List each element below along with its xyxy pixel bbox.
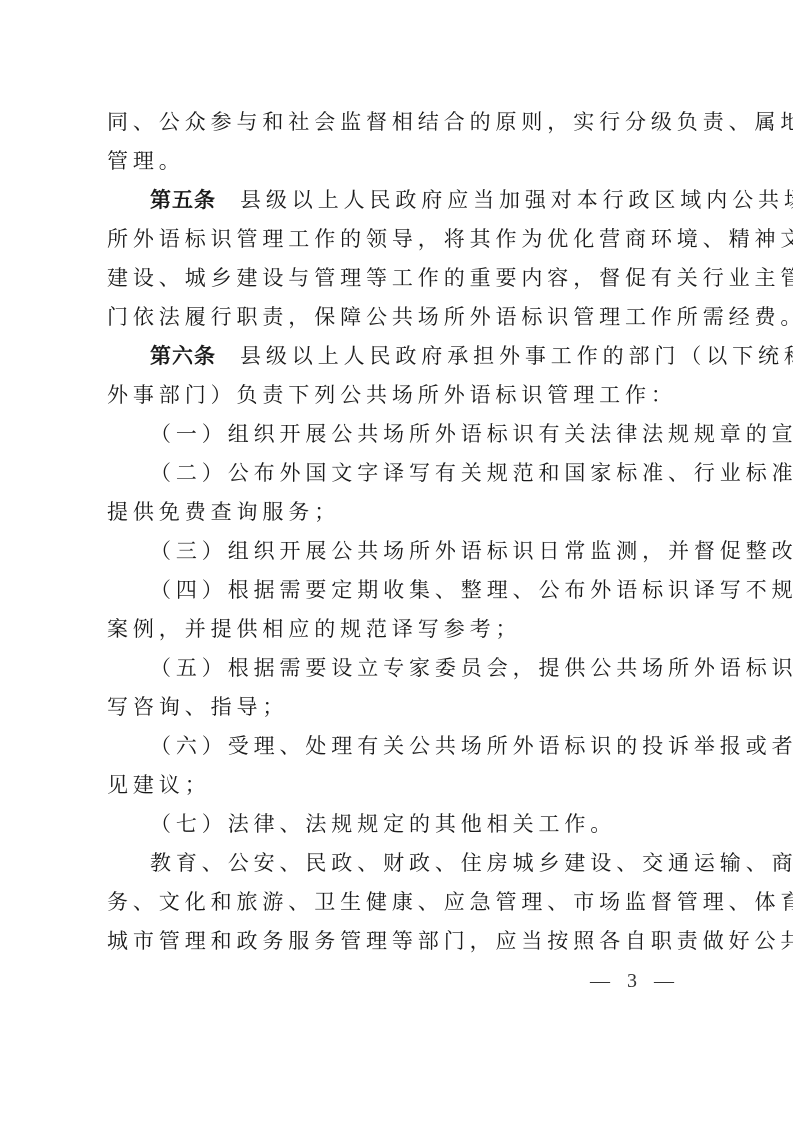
text-line: 教育、公安、民政、财政、住房城乡建设、交通运输、商 — [107, 844, 691, 883]
text-line: 案例，并提供相应的规范译写参考； — [107, 610, 691, 649]
list-item: （七）法律、法规规定的其他相关工作。 — [107, 805, 691, 844]
list-item: （三）组织开展公共场所外语标识日常监测，并督促整改； — [107, 532, 691, 571]
article-heading: 第六条 — [150, 344, 216, 368]
list-item: （五）根据需要设立专家委员会，提供公共场所外语标识译 — [107, 649, 691, 688]
list-item: （四）根据需要定期收集、整理、公布外语标识译写不规范 — [107, 571, 691, 610]
text-line: 写咨询、指导； — [107, 688, 691, 727]
text-line: 管理。 — [107, 142, 691, 181]
list-item: （二）公布外国文字译写有关规范和国家标准、行业标准， — [107, 454, 691, 493]
text-line: 县级以上人民政府承担外事工作的部门（以下统称 — [240, 344, 793, 368]
text-line: 外事部门）负责下列公共场所外语标识管理工作： — [107, 376, 691, 415]
page-number: — 3 — — [590, 970, 680, 993]
text-line: 门依法履行职责，保障公共场所外语标识管理工作所需经费。 — [107, 298, 691, 337]
article-6-line: 第六条县级以上人民政府承担外事工作的部门（以下统称 — [107, 337, 691, 376]
text-line: 务、文化和旅游、卫生健康、应急管理、市场监督管理、体育、 — [107, 883, 691, 922]
article-5-line: 第五条县级以上人民政府应当加强对本行政区域内公共场 — [107, 181, 691, 220]
list-item: （六）受理、处理有关公共场所外语标识的投诉举报或者意 — [107, 727, 691, 766]
article-heading: 第五条 — [150, 188, 216, 212]
list-item: （一）组织开展公共场所外语标识有关法律法规规章的宣传； — [107, 415, 691, 454]
text-line: 建设、城乡建设与管理等工作的重要内容，督促有关行业主管部 — [107, 259, 691, 298]
document-body: 同、公众参与和社会监督相结合的原则，实行分级负责、属地 管理。 第五条县级以上人… — [107, 103, 691, 961]
text-line: 同、公众参与和社会监督相结合的原则，实行分级负责、属地 — [107, 103, 691, 142]
text-line: 县级以上人民政府应当加强对本行政区域内公共场 — [240, 188, 793, 212]
text-line: 见建议； — [107, 766, 691, 805]
text-line: 所外语标识管理工作的领导，将其作为优化营商环境、精神文明 — [107, 220, 691, 259]
text-line: 提供免费查询服务； — [107, 493, 691, 532]
text-line: 城市管理和政务服务管理等部门，应当按照各自职责做好公共场 — [107, 922, 691, 961]
